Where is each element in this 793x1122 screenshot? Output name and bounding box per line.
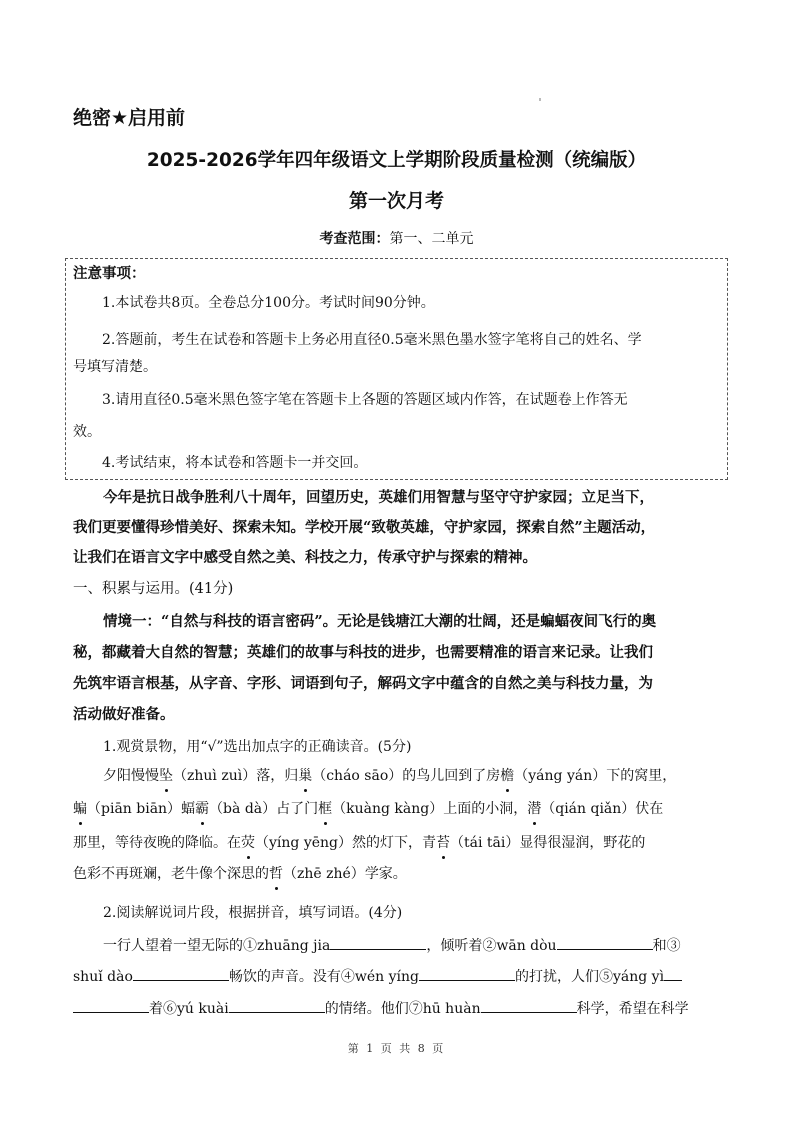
notice-item: 效。 bbox=[73, 422, 101, 442]
text: 夕阳慢慢 bbox=[103, 768, 159, 784]
dotted-char: 潜 bbox=[527, 799, 541, 819]
answer-blank-2[interactable] bbox=[557, 935, 653, 950]
text: 的情绪。他们⑦hū huàn bbox=[325, 1001, 481, 1017]
scope-value: 第一、二单元 bbox=[390, 231, 474, 247]
intro-line: 让我们在语言文字中感受自然之美、科技之力，传承守护与探索的精神。 bbox=[73, 548, 537, 568]
text: 伏在 bbox=[635, 801, 663, 817]
page-number: 第 1 页 共 8 页 bbox=[0, 1040, 793, 1056]
text: 上面的小洞， bbox=[443, 801, 527, 817]
question-1-line: 色彩不再斑斓，老牛像个深思的哲（zhē zhé）学家。 bbox=[73, 864, 407, 884]
question-2-line: 着⑥yú kuài的情绪。他们⑦hū huàn科学，希望在科学 bbox=[73, 998, 689, 1019]
text: 的鸟儿回到了房 bbox=[402, 768, 500, 784]
confidential-label: 绝密★启用前 bbox=[73, 103, 185, 130]
context-line: 秘，都藏着大自然的智慧；英雄们的故事与科技的进步，也需要精准的语言来记录。让我们 bbox=[73, 643, 653, 663]
text: 一行人望着一望无际的①zhuāng jia bbox=[103, 938, 330, 954]
text: 着⑥yú kuài bbox=[149, 1001, 229, 1017]
text: 畅饮的声音。没有④wén yíng bbox=[229, 969, 419, 985]
dotted-char: 蝙 bbox=[73, 799, 87, 819]
intro-line: 我们更要懂得珍惜美好、探索未知。学校开展“致敬英雄，守护家园，探索自然”主题活动… bbox=[73, 518, 655, 538]
section-heading: 一、积累与运用。(41分) bbox=[73, 579, 233, 599]
answer-blank-5[interactable] bbox=[664, 966, 682, 981]
answer-blank-1[interactable] bbox=[330, 935, 426, 950]
question-1-line: 蝙（piān biān）蝠霸（bà dà）占了门框（kuàng kàng）上面的… bbox=[73, 799, 663, 819]
pinyin-options[interactable]: （yáng yán） bbox=[514, 768, 606, 784]
dotted-char: 荧 bbox=[241, 833, 255, 853]
text: 下的窝里， bbox=[606, 768, 676, 784]
pinyin-options[interactable]: （zhuì zuì） bbox=[173, 768, 256, 784]
dotted-char: 哲 bbox=[269, 864, 283, 884]
question-2-line: shuǐ dào畅饮的声音。没有④wén yíng的打扰，人们⑤yáng yì bbox=[73, 966, 682, 987]
context-line: 活动做好准备。 bbox=[73, 705, 175, 725]
text: 显得很湿润，野花的 bbox=[519, 835, 645, 851]
text: 科学，希望在科学 bbox=[577, 1001, 689, 1017]
pinyin-options[interactable]: （bà dà） bbox=[209, 801, 276, 817]
pinyin-options[interactable]: （yíng yēng） bbox=[255, 835, 352, 851]
pinyin-options[interactable]: （zhē zhé） bbox=[283, 866, 365, 882]
exam-title: 2025-2026学年四年级语文上学期阶段质量检测（统编版） bbox=[0, 146, 793, 172]
exam-scope: 考查范围：第一、二单元 bbox=[0, 228, 793, 248]
notice-box: 注意事项： 1.本试卷共8页。全卷总分100分。考试时间90分钟。 2.答题前，… bbox=[65, 258, 728, 480]
pinyin-options[interactable]: （piān biān） bbox=[87, 801, 181, 817]
pinyin-options[interactable]: （kuàng kàng） bbox=[332, 801, 443, 817]
answer-blank-5-cont[interactable] bbox=[73, 998, 149, 1013]
answer-blank-3[interactable] bbox=[133, 966, 229, 981]
notice-item: 3.请用直径0.5毫米黑色签字笔在答题卡上各题的答题区域内作答，在试题卷上作答无 bbox=[102, 390, 628, 410]
question-1-line: 夕阳慢慢坠（zhuì zuì）落，归巢（cháo sāo）的鸟儿回到了房檐（yá… bbox=[103, 766, 676, 786]
text: 的打扰，人们⑤yáng yì bbox=[515, 969, 664, 985]
question-1-line: 那里，等待夜晚的降临。在荧（yíng yēng）然的灯下，青苔（tái tāi）… bbox=[73, 833, 645, 853]
dotted-char: 坠 bbox=[159, 766, 173, 786]
scan-speck bbox=[539, 98, 541, 101]
text: 落，归 bbox=[256, 768, 298, 784]
notice-item: 2.答题前，考生在试卷和答题卡上务必用直径0.5毫米黑色墨水签字笔将自己的姓名、… bbox=[102, 330, 642, 350]
answer-blank-4[interactable] bbox=[419, 966, 515, 981]
pinyin-options[interactable]: （qián qiǎn） bbox=[541, 801, 635, 817]
notice-title: 注意事项： bbox=[73, 262, 146, 283]
text: 蝠 bbox=[181, 801, 195, 817]
context-line: 先筑牢语言根基，从字音、字形、词语到句子，解码文字中蕴含的自然之美与科技力量，为 bbox=[73, 674, 653, 694]
notice-item: 1.本试卷共8页。全卷总分100分。考试时间90分钟。 bbox=[102, 293, 435, 313]
question-2-line: 一行人望着一望无际的①zhuāng jia，倾听着②wān dòu和③ bbox=[103, 935, 681, 956]
text: 那里，等待夜晚的降临。在 bbox=[73, 835, 241, 851]
question-2-prompt: 2.阅读解说词片段，根据拼音，填写词语。(4分) bbox=[103, 903, 402, 923]
intro-line: 今年是抗日战争胜利八十周年，回望历史，英雄们用智慧与坚守守护家园；立足当下， bbox=[103, 488, 654, 508]
text: ，倾听着②wān dòu bbox=[426, 938, 556, 954]
dotted-char: 霸 bbox=[195, 799, 209, 819]
text: 然的灯下，青 bbox=[352, 835, 436, 851]
answer-blank-6[interactable] bbox=[229, 998, 325, 1013]
question-1-prompt: 1.观赏景物，用“√”选出加点字的正确读音。(5分) bbox=[103, 737, 411, 757]
notice-item: 4.考试结束，将本试卷和答题卡一并交回。 bbox=[102, 453, 367, 473]
scope-label: 考查范围： bbox=[320, 231, 390, 247]
context-line: 情境一：“自然与科技的语言密码”。无论是钱塘江大潮的壮阔，还是蝙蝠夜间飞行的奥 bbox=[103, 612, 656, 632]
text: 占了门 bbox=[276, 801, 318, 817]
dotted-char: 苔 bbox=[436, 833, 450, 853]
dotted-char: 檐 bbox=[500, 766, 514, 786]
text: 学家。 bbox=[365, 866, 407, 882]
dotted-char: 框 bbox=[318, 799, 332, 819]
text: 和③ bbox=[653, 938, 681, 954]
notice-item: 号填写清楚。 bbox=[73, 357, 157, 377]
dotted-char: 巢 bbox=[298, 766, 312, 786]
pinyin-options[interactable]: （tái tāi） bbox=[450, 835, 519, 851]
text: 色彩不再斑斓，老牛像个深思的 bbox=[73, 866, 269, 882]
exam-subtitle: 第一次月考 bbox=[0, 186, 793, 213]
answer-blank-7[interactable] bbox=[481, 998, 577, 1013]
pinyin-options[interactable]: （cháo sāo） bbox=[312, 768, 402, 784]
text: shuǐ dào bbox=[73, 969, 133, 985]
